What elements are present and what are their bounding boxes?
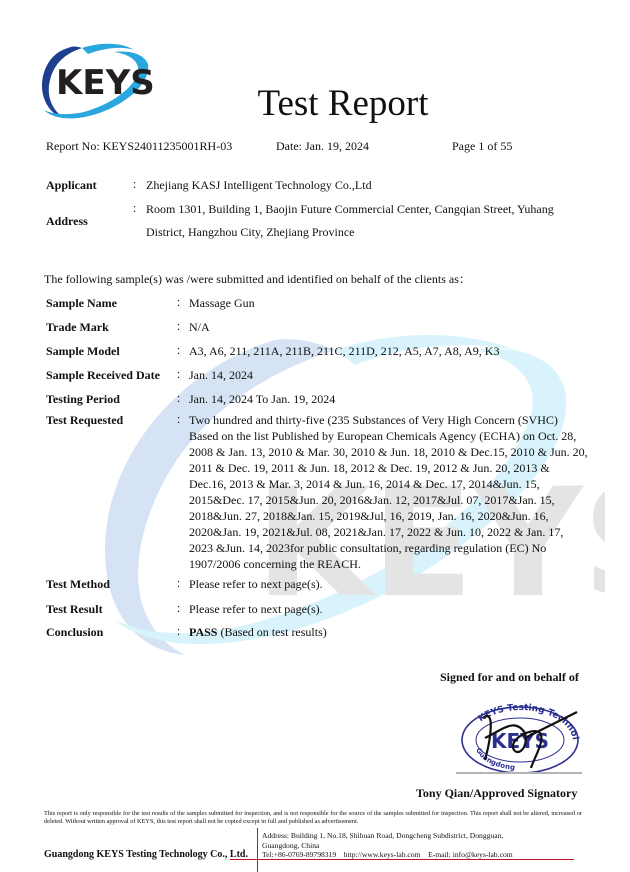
footer-contact: Tel:+86-0769-89798319 http://www.keys-la… <box>262 850 513 860</box>
footer-address: Address: Building 1, No.18, Shihuan Road… <box>262 831 513 860</box>
company-stamp-icon: KEYS Testing Technology Guangdong KEYS <box>455 698 585 776</box>
pass-verdict: PASS <box>189 625 217 639</box>
signed-for-label: Signed for and on behalf of <box>440 670 579 685</box>
trade-mark-value: N/A <box>189 319 210 335</box>
test-method-value: Please refer to next page(s). <box>189 576 323 592</box>
testing-period-value: Jan. 14, 2024 To Jan. 19, 2024 <box>189 391 335 407</box>
report-date: Date: Jan. 19, 2024 <box>276 139 369 154</box>
applicant-value: Zhejiang KASJ Intelligent Technology Co.… <box>146 177 372 193</box>
footer-company-name: Guangdong KEYS Testing Technology Co., L… <box>44 849 248 860</box>
page-indicator: Page 1 of 55 <box>452 139 512 154</box>
conclusion-value: PASS (Based on test results) <box>189 624 327 640</box>
footer-disclaimer: This report is only responsible for the … <box>44 810 582 826</box>
signature-line <box>456 772 582 774</box>
signatory-name: Tony Qian/Approved Signatory <box>416 786 577 801</box>
test-requested-value: Two hundred and thirty-five (235 Substan… <box>189 412 588 572</box>
sample-model-value: A3, A6, 211, 211A, 211B, 211C, 211D, 212… <box>189 343 499 359</box>
received-date-value: Jan. 14, 2024 <box>189 367 253 383</box>
sample-name-value: Massage Gun <box>189 295 255 311</box>
page-title: Test Report <box>0 82 630 125</box>
report-number: Report No: KEYS24011235001RH-03 <box>46 139 232 154</box>
intro-text: The following sample(s) was /were submit… <box>44 270 471 287</box>
address-line1: Room 1301, Building 1, Baojin Future Com… <box>146 201 554 217</box>
address-line2: District, Hangzhou City, Zhejiang Provin… <box>146 224 355 240</box>
test-result-value: Please refer to next page(s). <box>189 601 323 617</box>
footer-divider-vertical <box>257 828 258 872</box>
